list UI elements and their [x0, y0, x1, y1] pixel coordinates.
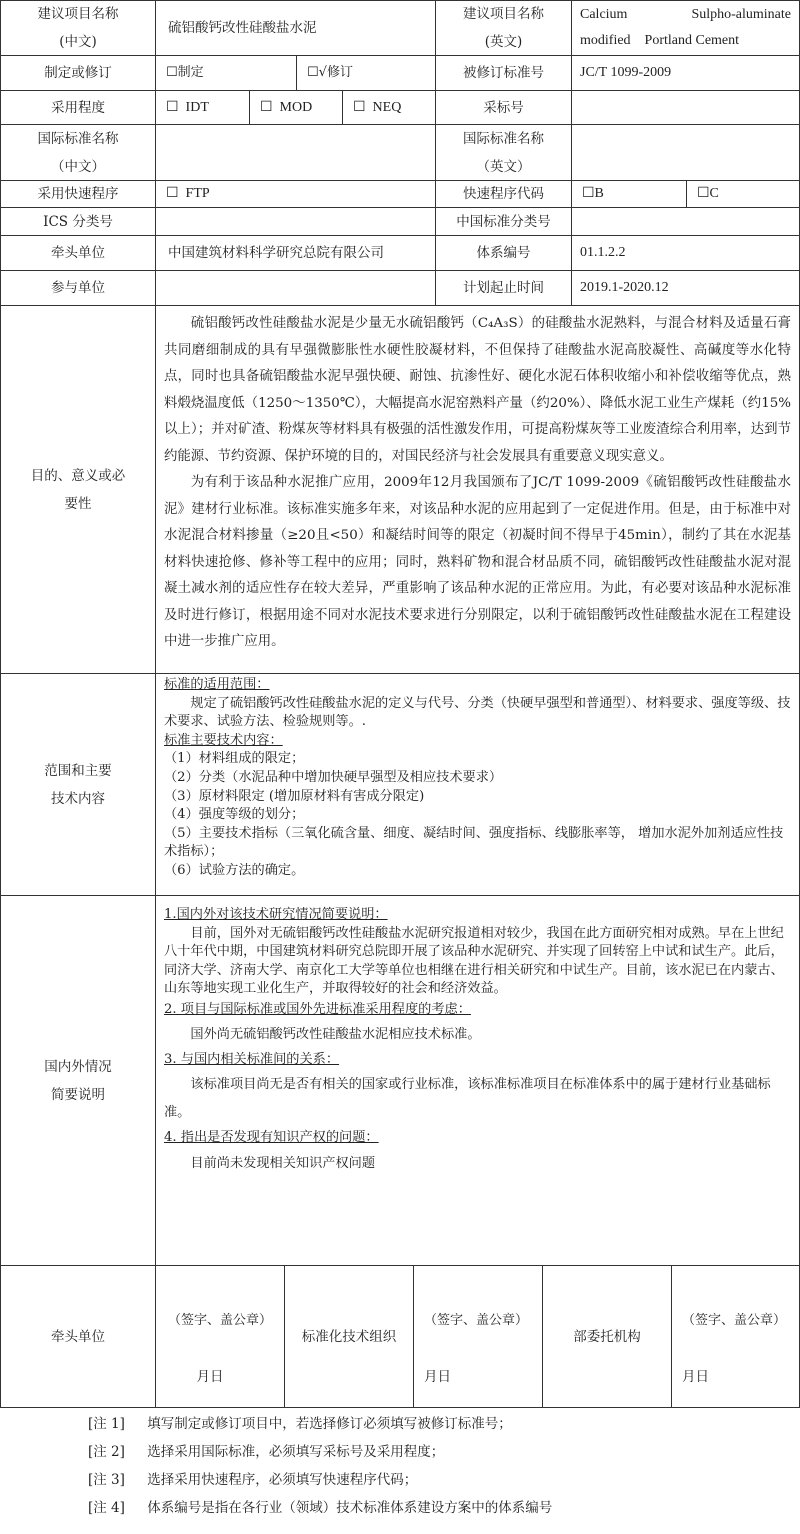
checkbox-label: ☐B — [582, 181, 604, 207]
label-line: 目的、意义或必 — [31, 462, 126, 490]
field-value: JC/T 1099-2009 — [580, 60, 671, 86]
footnote: [注 4] 体系编号是指在各行业（领域）技术标准体系建设方案中的体系编号 — [88, 1494, 552, 1522]
purpose-paragraph: 硫铝酸钙改性硅酸盐水泥是少量无水硫铝酸钙（C₄A₃S）的硅酸盐水泥熟料，与混合材… — [164, 311, 791, 470]
overview-heading: 4. 指出是否发现有知识产权的问题： — [164, 1127, 791, 1149]
label-text: 部委托机构 — [573, 1324, 641, 1350]
participant-unit-label: 参与单位 — [0, 270, 156, 306]
en-line-1: Calcium Sulpho-aluminate — [580, 2, 791, 28]
overview-paragraph: 该标准项目尚无是否有相关的国家或行业标准，该标准标准项目在标准体系中的属于建材行… — [164, 1071, 791, 1127]
checkbox-new-standard[interactable]: ☐制定 — [155, 55, 297, 91]
ccs-label: 中国标准分类号 — [435, 207, 572, 236]
checkbox-label: ☐制定 — [166, 60, 204, 86]
overview-heading: 1.国内外对该技术研究情况简要说明： — [164, 906, 791, 925]
overview-paragraph: 目前尚未发现相关知识产权问题 — [164, 1149, 791, 1179]
label-line: 国际标准名称 — [463, 125, 544, 153]
label-line: (英文) — [485, 28, 523, 56]
content-item: （6）试验方法的确定。 — [164, 862, 791, 881]
checkbox-label: ☐ MOD — [260, 95, 312, 121]
project-name-en-field[interactable]: Calcium Sulpho-aluminate modified Portla… — [571, 0, 800, 56]
project-name-en-label: 建议项目名称 (英文) — [435, 0, 572, 56]
footnote-text: 选择采用快速程序，必须填写快速程序代码； — [147, 1472, 417, 1488]
label-text: ICS 分类号 — [43, 209, 113, 235]
label-text: 采用程度 — [51, 95, 105, 121]
system-no-label: 体系编号 — [435, 235, 572, 271]
overview-paragraph: 目前，国外对无硫铝酸钙改性硅酸盐水泥研究报道相对较少，我国在此方面研究相对成熟。… — [164, 925, 791, 999]
sign-stamp-hint: （签字、盖公章） — [682, 1308, 786, 1334]
content-item: （1）材料组成的限定； — [164, 750, 791, 769]
intl-standard-name-cn-field[interactable] — [155, 124, 436, 181]
checkbox-idt[interactable]: ☐ IDT — [155, 90, 250, 125]
footnote-tag: [注 2] — [88, 1438, 143, 1466]
label-text: 体系编号 — [477, 240, 531, 266]
lead-unit-field[interactable]: 中国建筑材料科学研究总院有限公司 — [155, 235, 436, 271]
sign-lead-unit-field[interactable]: （签字、盖公章） 月日 — [155, 1265, 285, 1408]
ccs-field[interactable] — [571, 207, 800, 236]
label-text: 牵头单位 — [51, 1324, 105, 1350]
field-value: Sulpho-aluminate — [691, 2, 791, 28]
scope-heading: 标准的适用范围： — [164, 676, 791, 695]
footnote-text: 体系编号是指在各行业（领域）技术标准体系建设方案中的体系编号 — [147, 1500, 552, 1516]
overview-heading: 2. 项目与国际标准或国外先进标准采用程度的考虑： — [164, 999, 791, 1021]
scope-label: 范围和主要 技术内容 — [0, 673, 156, 896]
label-line: 建议项目名称 — [38, 0, 119, 28]
field-value: modified Portland Cement — [580, 28, 791, 54]
label-text: 制定或修订 — [44, 60, 112, 86]
sign-lead-unit-label: 牵头单位 — [0, 1265, 156, 1408]
checkbox-label: ☐C — [697, 181, 719, 207]
ics-label: ICS 分类号 — [0, 207, 156, 236]
sign-stamp-hint: （签字、盖公章） — [424, 1308, 528, 1334]
ics-field[interactable] — [155, 207, 436, 236]
sign-stamp-hint: （签字、盖公章） — [168, 1308, 272, 1334]
checkbox-ftp[interactable]: ☐ FTP — [155, 180, 436, 208]
checkbox-mod[interactable]: ☐ MOD — [249, 90, 343, 125]
footnote: [注 3] 选择采用快速程序，必须填写快速程序代码； — [88, 1466, 552, 1494]
adoption-degree-label: 采用程度 — [0, 90, 156, 125]
fast-track-label: 采用快速程序 — [0, 180, 156, 208]
fast-track-code-label: 快速程序代码 — [435, 180, 572, 208]
revised-standard-no-label: 被修订标准号 — [435, 55, 572, 91]
label-line: （中文） — [51, 153, 105, 181]
field-value: 2019.1-2020.12 — [580, 275, 669, 301]
intl-standard-name-cn-label: 国际标准名称 （中文） — [0, 124, 156, 181]
purpose-paragraph: 为有利于该品种水泥推广应用，2009年12月我国颁布了JC/T 1099-200… — [164, 470, 791, 656]
footnote-tag: [注 3] — [88, 1466, 143, 1494]
checkbox-code-b[interactable]: ☐B — [571, 180, 687, 208]
label-text: 快速程序代码 — [463, 181, 544, 207]
scope-field[interactable]: 标准的适用范围： 规定了硫铝酸钙改性硅酸盐水泥的定义与代号、分类（快硬早强型和普… — [155, 673, 800, 896]
footnote: [注 1] 填写制定或修订项目中，若选择修订必须填写被修订标准号； — [88, 1410, 552, 1438]
participant-unit-field[interactable] — [155, 270, 436, 306]
label-line: 要性 — [65, 490, 92, 518]
label-line: （英文） — [477, 153, 531, 181]
label-line: 国际标准名称 — [38, 125, 119, 153]
label-text: 参与单位 — [51, 275, 105, 301]
plan-period-label: 计划起止时间 — [435, 270, 572, 306]
content-item: （4）强度等级的划分； — [164, 806, 791, 825]
adopted-standard-no-field[interactable] — [571, 90, 800, 125]
label-line: 建议项目名称 — [463, 0, 544, 28]
label-line: 范围和主要 — [44, 757, 112, 785]
footnote: [注 2] 选择采用国际标准，必须填写采标号及采用程度； — [88, 1438, 552, 1466]
overview-field[interactable]: 1.国内外对该技术研究情况简要说明： 目前，国外对无硫铝酸钙改性硅酸盐水泥研究报… — [155, 895, 800, 1266]
checkbox-label: ☐ IDT — [166, 95, 209, 121]
sign-date: 月日 — [682, 1364, 709, 1390]
checkbox-label: ☐ FTP — [166, 181, 210, 207]
sign-tc-label: 标准化技术组织 — [284, 1265, 414, 1408]
draft-or-revise-label: 制定或修订 — [0, 55, 156, 91]
checkbox-revise-standard[interactable]: ☐√修订 — [296, 55, 436, 91]
label-text: 计划起止时间 — [463, 275, 544, 301]
label-text: 采标号 — [483, 95, 524, 121]
footnote-text: 填写制定或修订项目中，若选择修订必须填写被修订标准号； — [147, 1416, 512, 1432]
purpose-field[interactable]: 硫铝酸钙改性硅酸盐水泥是少量无水硫铝酸钙（C₄A₃S）的硅酸盐水泥熟料，与混合材… — [155, 305, 800, 674]
label-text: 被修订标准号 — [463, 60, 544, 86]
label-text: 中国标准分类号 — [456, 209, 551, 235]
checkbox-neq[interactable]: ☐ NEQ — [342, 90, 436, 125]
overview-label: 国内外情况 简要说明 — [0, 895, 156, 1266]
lead-unit-label: 牵头单位 — [0, 235, 156, 271]
sign-tc-field[interactable]: （签字、盖公章） 月日 — [413, 1265, 543, 1408]
footnote-tag: [注 1] — [88, 1410, 143, 1438]
label-line: 国内外情况 — [44, 1053, 112, 1081]
content-heading: 标准主要技术内容： — [164, 732, 791, 751]
footnote-text: 选择采用国际标准，必须填写采标号及采用程度； — [147, 1444, 444, 1460]
label-line: 技术内容 — [51, 785, 105, 813]
checkbox-label: ☐ NEQ — [353, 95, 401, 121]
footnote-tag: [注 4] — [88, 1494, 143, 1522]
revised-standard-no-field[interactable]: JC/T 1099-2009 — [571, 55, 800, 91]
checkbox-code-c[interactable]: ☐C — [686, 180, 800, 208]
intl-standard-name-en-label: 国际标准名称 （英文） — [435, 124, 572, 181]
field-value: Calcium — [580, 2, 627, 28]
field-value: 中国建筑材料科学研究总院有限公司 — [168, 240, 384, 266]
field-value: 01.1.2.2 — [580, 240, 626, 266]
label-text: 采用快速程序 — [38, 181, 119, 207]
content-item: （5）主要技术指标（三氧化硫含量、细度、凝结时间、强度指标、线膨胀率等， 增加水… — [164, 825, 791, 862]
intl-standard-name-en-field[interactable] — [571, 124, 800, 181]
system-no-field[interactable]: 01.1.2.2 — [571, 235, 800, 271]
content-item: （2）分类（水泥品种中增加快硬早强型及相应技术要求） — [164, 769, 791, 788]
plan-period-field[interactable]: 2019.1-2020.12 — [571, 270, 800, 306]
sign-ministry-label: 部委托机构 — [542, 1265, 672, 1408]
sign-date: 月日 — [424, 1364, 451, 1390]
checkbox-label: ☐√修订 — [307, 60, 353, 86]
overview-heading: 3. 与国内相关标准间的关系： — [164, 1049, 791, 1071]
overview-paragraph: 国外尚无硫铝酸钙改性硅酸盐水泥相应技术标准。 — [164, 1021, 791, 1049]
sign-ministry-field[interactable]: （签字、盖公章） 月日 — [671, 1265, 800, 1408]
scope-text: 规定了硫铝酸钙改性硅酸盐水泥的定义与代号、分类（快硬早强型和普通型）、材料要求、… — [164, 695, 791, 732]
sign-date: 月日 — [197, 1364, 224, 1390]
label-line: (中文) — [59, 28, 97, 56]
purpose-label: 目的、意义或必 要性 — [0, 305, 156, 674]
label-line: 简要说明 — [51, 1081, 105, 1109]
content-item: （3）原材料限定 (增加原材料有害成分限定) — [164, 788, 791, 807]
label-text: 标准化技术组织 — [302, 1324, 397, 1350]
field-value: 硫铝酸钙改性硅酸盐水泥 — [168, 15, 317, 41]
adopted-standard-no-label: 采标号 — [435, 90, 572, 125]
project-name-cn-label: 建议项目名称 (中文) — [0, 0, 156, 56]
label-text: 牵头单位 — [51, 240, 105, 266]
project-name-cn-field[interactable]: 硫铝酸钙改性硅酸盐水泥 — [155, 0, 436, 56]
footnotes: [注 1] 填写制定或修订项目中，若选择修订必须填写被修订标准号； [注 2] … — [88, 1410, 552, 1522]
